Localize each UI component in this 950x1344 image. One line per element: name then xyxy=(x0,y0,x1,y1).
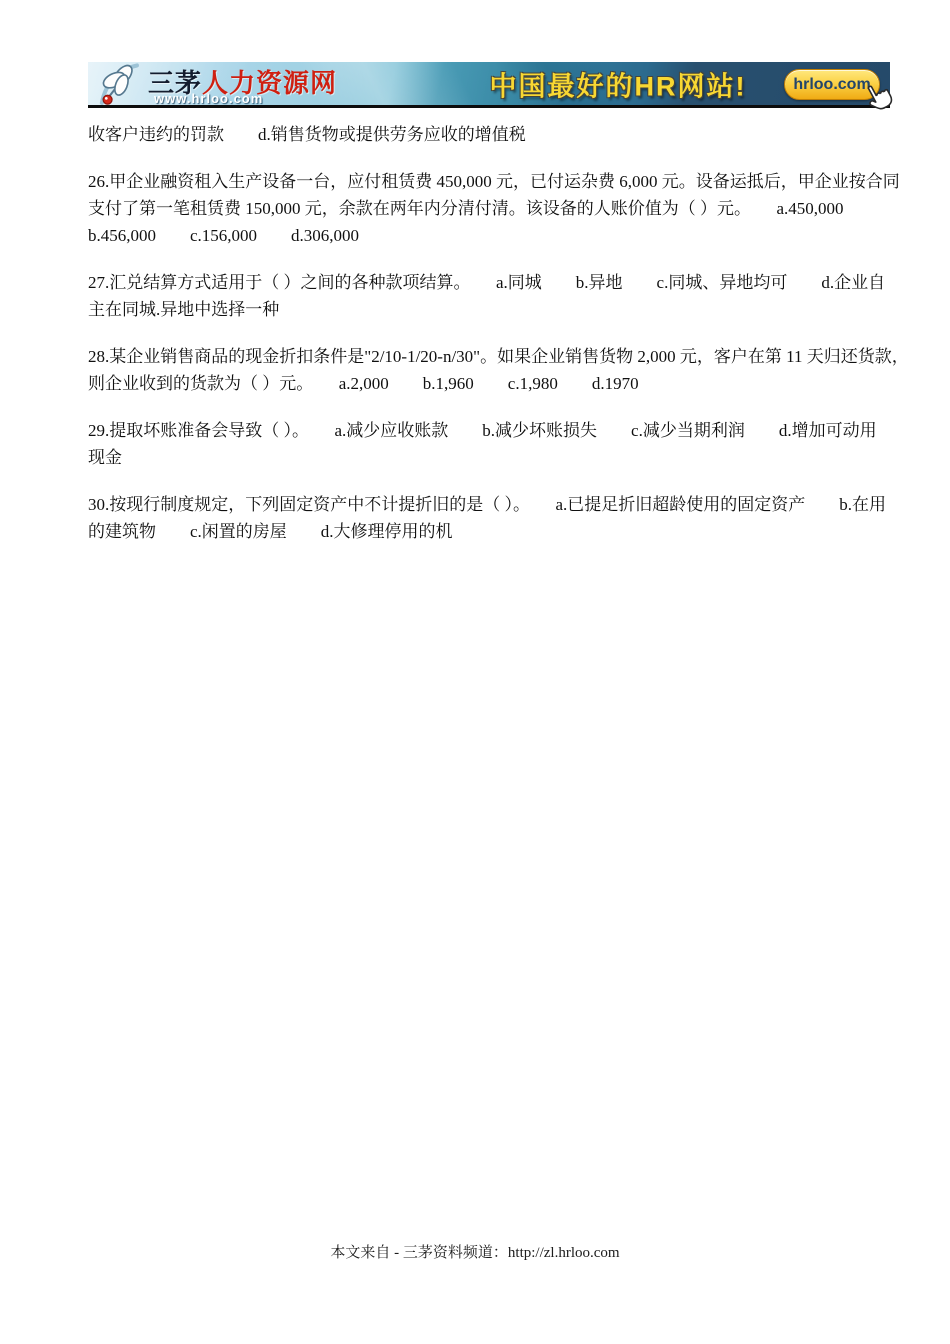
question-28-line-1: 28.某企业销售商品的现金折扣条件是"2/10-1/20-n/30"。如果企业销… xyxy=(88,343,908,370)
question-26-line-2: 支付了第一笔租赁费 150,000 元，余款在两年内分清付清。该设备的人账价值为… xyxy=(88,195,908,222)
question-27-line-2: 主在同城.异地中选择一种 xyxy=(88,296,908,323)
site-banner[interactable]: 三茅人力资源网 www.hrloo.com 中国最好的HR网站! hrloo.c… xyxy=(88,62,890,108)
question-26-line-1: 26.甲企业融资租入生产设备一台，应付租赁费 450,000 元，已付运杂费 6… xyxy=(88,168,908,195)
banner-slogan: 中国最好的HR网站! xyxy=(456,64,780,103)
question-30-line-1: 30.按现行制度规定，下列固定资产中不计提折旧的是（ ）。 a.已提足折旧超龄使… xyxy=(88,491,908,518)
question-25-options-continued: 收客户违约的罚款 d.销售货物或提供劳务应收的增值税 xyxy=(88,121,908,148)
question-30-line-2: 的建筑物 c.闲置的房屋 d.大修理停用的机 xyxy=(88,518,908,545)
document-body: 收客户违约的罚款 d.销售货物或提供劳务应收的增值税 26.甲企业融资租入生产设… xyxy=(88,121,908,545)
footer-source-note: 本文来自 - 三茅资料频道：http://zl.hrloo.com xyxy=(0,1241,950,1262)
question-26-line-3: b.456,000 c.156,000 d.306,000 xyxy=(88,222,908,249)
footer-source-link[interactable]: http://zl.hrloo.com xyxy=(508,1245,620,1261)
question-29-line-1: 29.提取坏账准备会导致（ ）。 a.减少应收账款 b.减少坏账损失 c.减少当… xyxy=(88,417,908,444)
hrloo-button[interactable]: hrloo.com xyxy=(784,69,880,100)
question-29-line-2: 现金 xyxy=(88,444,908,471)
footer-source-text: 本文来自 - 三茅资料频道： xyxy=(330,1245,508,1261)
brand-url: www.hrloo.com xyxy=(154,91,263,106)
question-27-line-1: 27.汇兑结算方式适用于（ ）之间的各种款项结算。 a.同城 b.异地 c.同城… xyxy=(88,269,908,296)
shuttlecock-icon xyxy=(92,63,146,107)
question-28-line-2: 则企业收到的货款为（ ）元。 a.2,000 b.1,960 c.1,980 d… xyxy=(88,370,908,397)
